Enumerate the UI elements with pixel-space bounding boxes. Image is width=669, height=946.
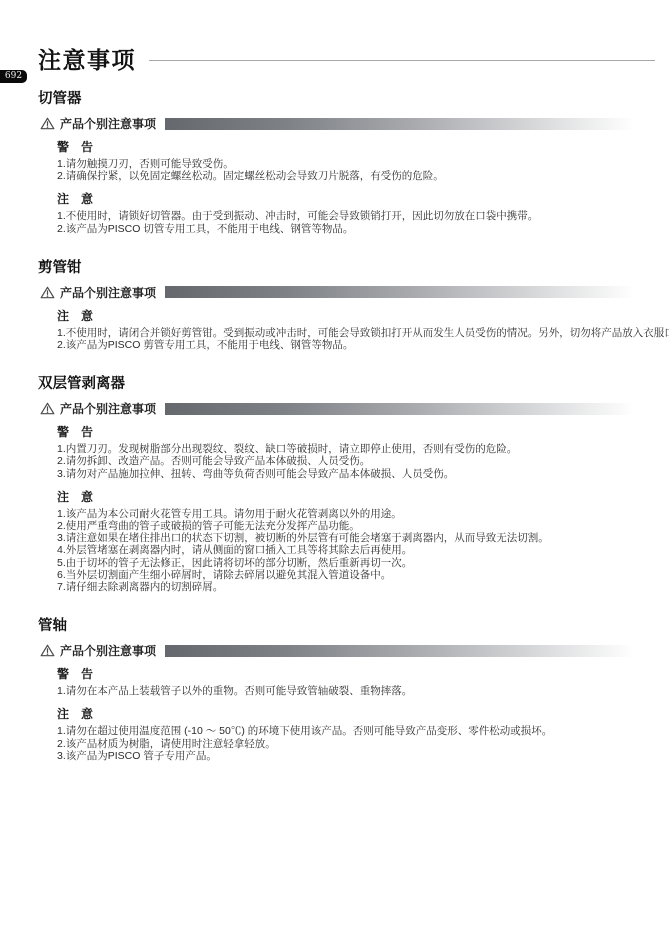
page-title: 注意事项 — [38, 42, 136, 75]
product-section: 管轴 产品个别注意事项 警 告 1.请勿在本产品上装载管子以外的重物。否则可能导… — [0, 614, 669, 762]
block-label: 注 意 — [57, 190, 655, 207]
notice-item-list: 1.请勿在本产品上装载管子以外的重物。否则可能导致管轴破裂、重物摔落。 — [57, 685, 655, 697]
notice-item: 1.请勿触摸刀刃，否则可能导致受伤。 — [57, 158, 655, 170]
block-label: 注 意 — [57, 488, 655, 505]
notice-item-list: 1.内置刀刃。发现树脂部分出现裂纹、裂纹、缺口等破损时，请立即停止使用，否则有受… — [57, 443, 655, 480]
notice-header: 产品个别注意事项 — [40, 286, 649, 299]
section-heading: 双层管剥离器 — [38, 372, 669, 393]
notice-item-list: 1.不使用时，请闭合并锁好剪管钳。受到振动或冲击时，可能会导致锁扣打开从而发生人… — [57, 327, 655, 351]
catalog-page: 注意事项 692 切管器 产品个别注意事项 警 告 1.请勿触摸刀刃，否则可能导… — [0, 0, 669, 946]
page-header: 注意事项 — [38, 0, 655, 75]
notice-item: 2.请勿拆卸、改造产品。否则可能会导致产品本体破损、人员受伤。 — [57, 455, 655, 467]
section-heading: 剪管钳 — [38, 256, 669, 277]
notice-header: 产品个别注意事项 — [40, 402, 649, 415]
notice-item: 6.当外层切割面产生细小碎屑时，请除去碎屑以避免其混入管道设备中。 — [57, 569, 655, 581]
notice-item: 1.请勿在本产品上装载管子以外的重物。否则可能导致管轴破裂、重物摔落。 — [57, 685, 655, 697]
notice-blocks: 警 告 1.内置刀刃。发现树脂部分出现裂纹、裂纹、缺口等破损时，请立即停止使用，… — [57, 423, 655, 593]
product-section: 双层管剥离器 产品个别注意事项 警 告 1.内置刀刃。发现树脂部分出现裂纹、裂纹… — [0, 372, 669, 593]
notice-blocks: 警 告 1.请勿触摸刀刃，否则可能导致受伤。 2.请确保拧紧，以免固定螺丝松动。… — [57, 138, 655, 235]
notice-item: 1.不使用时，请锁好切管器。由于受到振动、冲击时，可能会导致锁销打开，因此切勿放… — [57, 210, 655, 222]
notice-block: 警 告 1.内置刀刃。发现树脂部分出现裂纹、裂纹、缺口等破损时，请立即停止使用，… — [57, 423, 655, 480]
notice-blocks: 注 意 1.不使用时，请闭合并锁好剪管钳。受到振动或冲击时，可能会导致锁扣打开从… — [57, 307, 655, 351]
notice-gradient-bar — [165, 403, 649, 415]
notice-item: 2.该产品材质为树脂，请使用时注意轻拿轻放。 — [57, 738, 655, 750]
notice-item: 4.外层管堵塞在剥离器内时，请从侧面的窗口插入工具等将其除去后再使用。 — [57, 544, 655, 556]
notice-block: 注 意 1.不使用时，请闭合并锁好剪管钳。受到振动或冲击时，可能会导致锁扣打开从… — [57, 307, 655, 351]
notice-block: 注 意 1.请勿在超过使用温度范围 (-10 ～ 50℃) 的环境下使用该产品。… — [57, 705, 655, 762]
notice-item-list: 1.请勿在超过使用温度范围 (-10 ～ 50℃) 的环境下使用该产品。否则可能… — [57, 725, 655, 762]
notice-item: 1.该产品为本公司耐火花管专用工具。请勿用于耐火花管剥离以外的用途。 — [57, 508, 655, 520]
warning-triangle-icon — [40, 402, 55, 415]
title-divider — [149, 60, 655, 61]
block-label: 注 意 — [57, 705, 655, 722]
notice-title: 产品个别注意事项 — [60, 642, 156, 659]
warning-triangle-icon — [40, 286, 55, 299]
block-label: 警 告 — [57, 665, 655, 682]
notice-gradient-bar — [165, 118, 649, 130]
section-heading: 切管器 — [38, 87, 669, 108]
product-section: 切管器 产品个别注意事项 警 告 1.请勿触摸刀刃，否则可能导致受伤。 2.请确… — [0, 87, 669, 235]
notice-item: 2.该产品为PISCO 剪管专用工具，不能用于电线、钢管等物品。 — [57, 339, 655, 351]
section-heading: 管轴 — [38, 614, 669, 635]
notice-item: 3.请注意如果在堵住排出口的状态下切割，被切断的外层管有可能会堵塞于剥离器内，从… — [57, 532, 655, 544]
notice-block: 注 意 1.该产品为本公司耐火花管专用工具。请勿用于耐火花管剥离以外的用途。 2… — [57, 488, 655, 593]
notice-item: 1.内置刀刃。发现树脂部分出现裂纹、裂纹、缺口等破损时，请立即停止使用，否则有受… — [57, 443, 655, 455]
notice-block: 注 意 1.不使用时，请锁好切管器。由于受到振动、冲击时，可能会导致锁销打开，因… — [57, 190, 655, 234]
notice-blocks: 警 告 1.请勿在本产品上装载管子以外的重物。否则可能导致管轴破裂、重物摔落。 … — [57, 665, 655, 762]
block-label: 警 告 — [57, 423, 655, 440]
notice-item-list: 1.请勿触摸刀刃，否则可能导致受伤。 2.请确保拧紧，以免固定螺丝松动。固定螺丝… — [57, 158, 655, 182]
notice-title: 产品个别注意事项 — [60, 400, 156, 417]
notice-block: 警 告 1.请勿触摸刀刃，否则可能导致受伤。 2.请确保拧紧，以免固定螺丝松动。… — [57, 138, 655, 182]
warning-triangle-icon — [40, 644, 55, 657]
notice-item: 3.该产品为PISCO 管子专用产品。 — [57, 750, 655, 762]
product-section: 剪管钳 产品个别注意事项 注 意 1.不使用时，请闭合并锁好剪管钳。受到振动或冲… — [0, 256, 669, 351]
notice-item: 7.请仔细去除剥离器内的切割碎屑。 — [57, 581, 655, 593]
notice-item: 2.使用严重弯曲的管子或破损的管子可能无法充分发挥产品功能。 — [57, 520, 655, 532]
notice-title: 产品个别注意事项 — [60, 115, 156, 132]
notice-item: 1.不使用时，请闭合并锁好剪管钳。受到振动或冲击时，可能会导致锁扣打开从而发生人… — [57, 327, 655, 339]
warning-triangle-icon — [40, 117, 55, 130]
notice-item: 3.请勿对产品施加拉伸、扭转、弯曲等负荷否则可能会导致产品本体破损、人员受伤。 — [57, 468, 655, 480]
notice-item: 2.请确保拧紧，以免固定螺丝松动。固定螺丝松动会导致刀片脱落，有受伤的危险。 — [57, 170, 655, 182]
sections-container: 切管器 产品个别注意事项 警 告 1.请勿触摸刀刃，否则可能导致受伤。 2.请确… — [0, 87, 669, 762]
notice-item-list: 1.该产品为本公司耐火花管专用工具。请勿用于耐火花管剥离以外的用途。 2.使用严… — [57, 508, 655, 593]
notice-header: 产品个别注意事项 — [40, 644, 649, 657]
block-label: 警 告 — [57, 138, 655, 155]
notice-item-list: 1.不使用时，请锁好切管器。由于受到振动、冲击时，可能会导致锁销打开，因此切勿放… — [57, 210, 655, 234]
notice-block: 警 告 1.请勿在本产品上装载管子以外的重物。否则可能导致管轴破裂、重物摔落。 — [57, 665, 655, 697]
block-label: 注 意 — [57, 307, 655, 324]
notice-item: 1.请勿在超过使用温度范围 (-10 ～ 50℃) 的环境下使用该产品。否则可能… — [57, 725, 655, 737]
notice-item: 5.由于切坏的管子无法修正，因此请将切坏的部分切断，然后重新再切一次。 — [57, 557, 655, 569]
notice-gradient-bar — [165, 286, 649, 298]
notice-item: 2.该产品为PISCO 切管专用工具，不能用于电线、钢管等物品。 — [57, 223, 655, 235]
notice-title: 产品个别注意事项 — [60, 284, 156, 301]
notice-gradient-bar — [165, 645, 649, 657]
notice-header: 产品个别注意事项 — [40, 117, 649, 130]
page-number-tab: 692 — [0, 70, 27, 83]
